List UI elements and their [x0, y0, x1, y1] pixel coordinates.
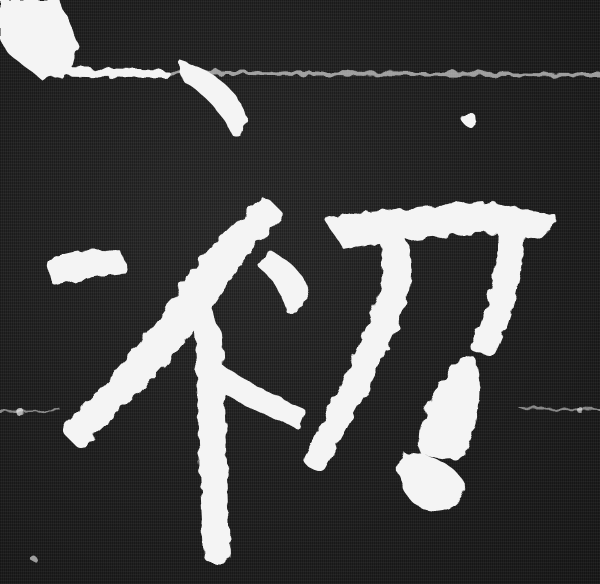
calligraphy-character [0, 0, 600, 584]
top-left-blob [0, 0, 78, 78]
